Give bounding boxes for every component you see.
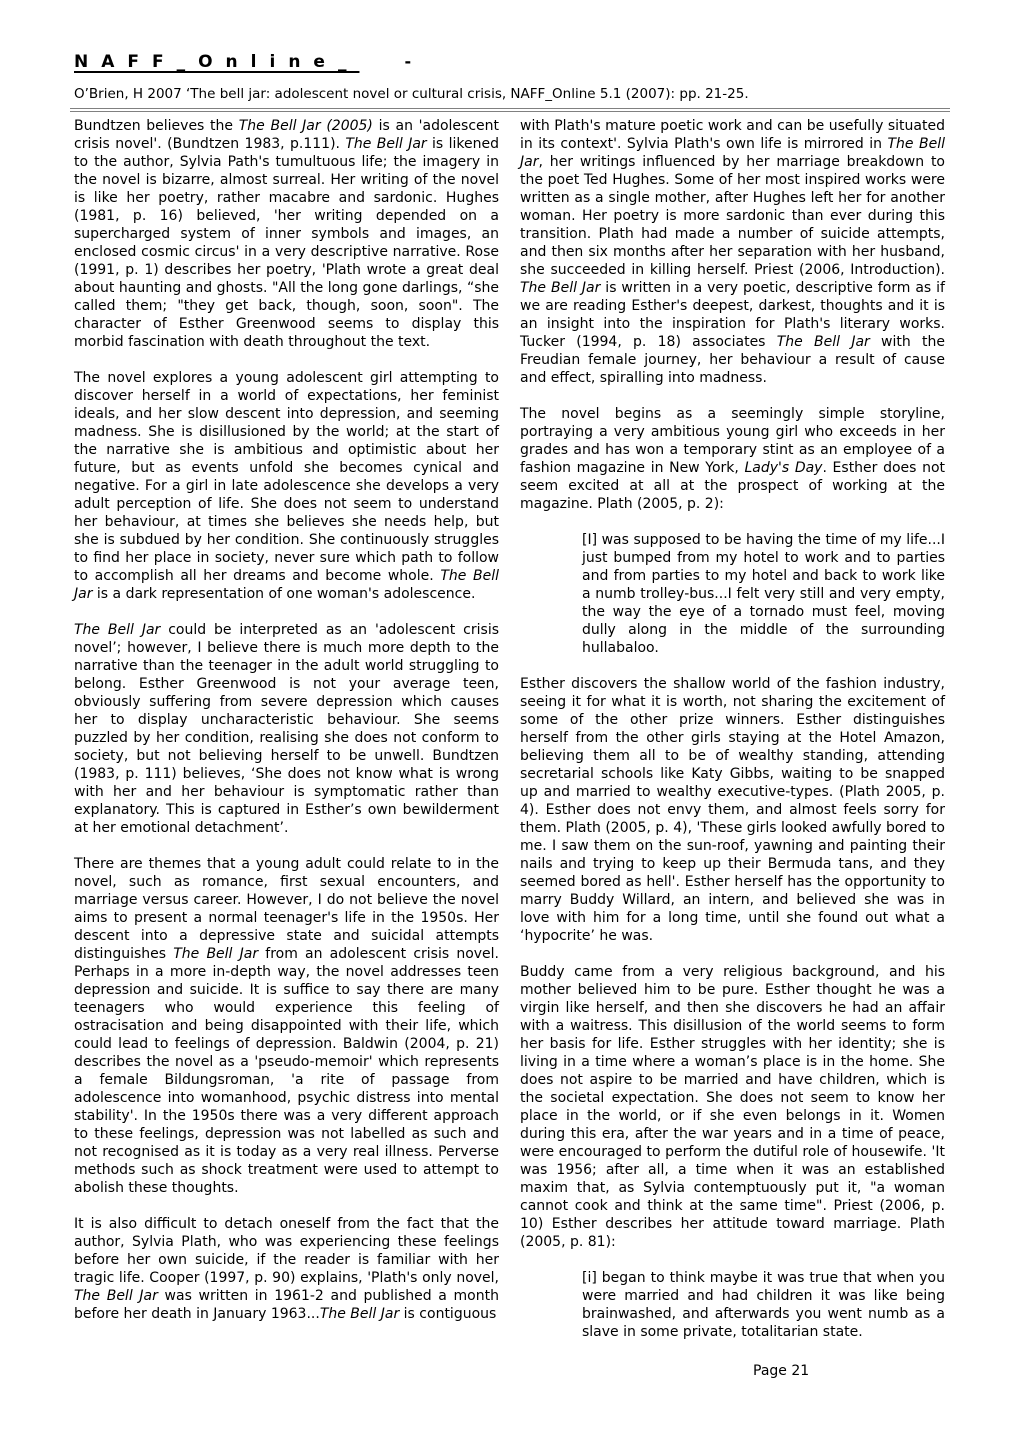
text-run: from an adolescent crisis novel. Perhaps… bbox=[74, 946, 499, 1196]
text-run: is a dark representation of one woman's … bbox=[92, 586, 475, 602]
text-run: Lady's Day bbox=[744, 460, 822, 476]
text-run: Esther discovers the shallow world of th… bbox=[520, 676, 945, 944]
paragraph: Esther discovers the shallow world of th… bbox=[520, 675, 945, 945]
paragraph: There are themes that a young adult coul… bbox=[74, 855, 499, 1197]
text-run: is likened to the author, Sylvia Path's … bbox=[74, 136, 499, 350]
text-run: , her writings influenced by her marriag… bbox=[520, 154, 945, 278]
page-number: Page 21 bbox=[753, 1363, 809, 1379]
text-run: could be interpreted as an 'adolescent c… bbox=[74, 622, 499, 836]
block-quote: [i] began to think maybe it was true tha… bbox=[582, 1269, 945, 1341]
text-run: The Bell Jar bbox=[777, 334, 870, 350]
text-run: The Bell Jar bbox=[345, 136, 426, 152]
citation-line: O’Brien, H 2007 ‘The bell jar: adolescen… bbox=[74, 86, 945, 102]
text-run: The Bell Jar bbox=[173, 946, 258, 962]
masthead-dash: - bbox=[404, 52, 411, 71]
paragraph: with Plath's mature poetic work and can … bbox=[520, 117, 945, 387]
document-page: NAFF_Online_- O’Brien, H 2007 ‘The bell … bbox=[0, 0, 1020, 1444]
page-footer: Page 21 bbox=[753, 1360, 809, 1379]
masthead-row: NAFF_Online_- bbox=[74, 52, 411, 72]
paragraph: The novel begins as a seemingly simple s… bbox=[520, 405, 945, 513]
text-run: The Bell Jar (2005) bbox=[239, 118, 373, 134]
text-run: Buddy came from a very religious backgro… bbox=[520, 964, 945, 1250]
block-quote: [I] was supposed to be having the time o… bbox=[582, 531, 945, 657]
text-run: The Bell Jar bbox=[74, 622, 160, 638]
text-run: Bundtzen believes the bbox=[74, 118, 239, 134]
paragraph: Bundtzen believes the The Bell Jar (2005… bbox=[74, 117, 499, 351]
paragraph: It is also difficult to detach oneself f… bbox=[74, 1215, 499, 1323]
article-body: Bundtzen believes the The Bell Jar (2005… bbox=[74, 117, 945, 1359]
paragraph: Buddy came from a very religious backgro… bbox=[520, 963, 945, 1251]
paragraph: The novel explores a young adolescent gi… bbox=[74, 369, 499, 603]
text-run: The Bell Jar bbox=[320, 1306, 399, 1322]
text-run: The Bell Jar bbox=[520, 280, 600, 296]
right-column: with Plath's mature poetic work and can … bbox=[520, 117, 945, 1359]
text-run: with Plath's mature poetic work and can … bbox=[520, 118, 945, 152]
text-run: It is also difficult to detach oneself f… bbox=[74, 1216, 499, 1286]
journal-masthead: NAFF_Online_ bbox=[74, 52, 359, 72]
left-column: Bundtzen believes the The Bell Jar (2005… bbox=[74, 117, 499, 1341]
text-run: The novel explores a young adolescent gi… bbox=[74, 370, 499, 584]
paragraph: The Bell Jar could be interpreted as an … bbox=[74, 621, 499, 837]
text-run: is contiguous bbox=[399, 1306, 496, 1322]
header-rule bbox=[70, 108, 950, 112]
text-run: [i] began to think maybe it was true tha… bbox=[582, 1270, 945, 1340]
text-run: [I] was supposed to be having the time o… bbox=[582, 532, 945, 656]
text-run: The Bell Jar bbox=[74, 1288, 158, 1304]
